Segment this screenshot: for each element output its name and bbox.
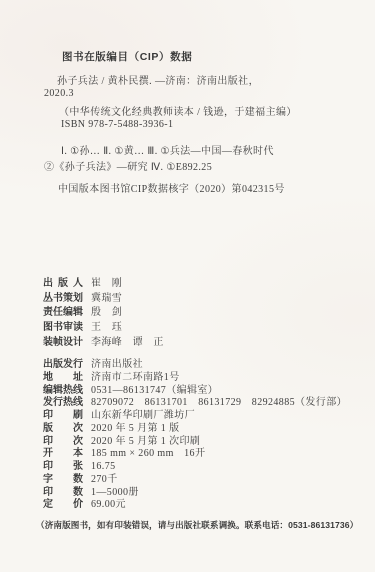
pub-row-address: 地址 济南市二环南路1号	[43, 368, 347, 381]
staff-label: 责任编辑	[43, 303, 83, 318]
staff-value: 殷 剑	[91, 303, 122, 318]
cip-classification-line1: Ⅰ. ①孙… Ⅱ. ①黄… Ⅲ. ①兵法—中国—春秋时代	[61, 142, 274, 157]
cip-classification-line2: ②《孙子兵法》—研究 Ⅳ. ①E892.25	[44, 158, 212, 173]
pub-row-impression: 印次 2020 年 5 月第 1 次印刷	[43, 432, 347, 445]
staff-credits: 出版人 崔 刚 丛书策划 冀瑞雪 责任编辑 殷 剑 图书审读 王 珏 装帧设计 …	[43, 274, 164, 347]
cip-isbn: ISBN 978-7-5488-3936-1	[61, 119, 173, 130]
pub-value: 69.00元	[91, 495, 126, 510]
pub-row-print-run: 印数 1—5000册	[43, 483, 347, 496]
pub-label: 定价	[43, 495, 83, 510]
staff-row-editor: 责任编辑 殷 剑	[43, 303, 164, 318]
pub-row-distribution-hotline: 发行热线 82709072 86131701 86131729 82924885…	[43, 393, 347, 406]
pub-row-edition: 版次 2020 年 5 月第 1 版	[43, 419, 347, 432]
pub-row-price: 定价 69.00元	[43, 495, 347, 508]
staff-label: 丛书策划	[43, 289, 83, 304]
pub-row-editorial-hotline: 编辑热线 0531—86131747（编辑室）	[43, 381, 347, 394]
staff-label: 出版人	[43, 274, 83, 289]
misprint-exchange-note: （济南版图书，如有印装错误，请与出版社联系调换。联系电话：0531-861317…	[36, 519, 358, 531]
staff-value: 王 珏	[91, 318, 122, 333]
cip-title: 图书在版编目（CIP）数据	[62, 49, 192, 64]
pub-row-word-count: 字数 270千	[43, 470, 347, 483]
pub-row-format: 开本 185 mm × 260 mm 16开	[43, 444, 347, 457]
copyright-page: 图书在版编目（CIP）数据 孙子兵法 / 黄朴民撰. —济南：济南出版社， 20…	[0, 0, 375, 572]
cip-series-note: （中华传统文化经典教师读本 / 钱逊，于建福主编）	[59, 103, 297, 118]
staff-row-series-planner: 丛书策划 冀瑞雪	[43, 289, 164, 304]
pub-row-publisher: 出版发行 济南出版社	[43, 355, 347, 368]
cip-record-number: 中国版本图书馆CIP数据核字（2020）第042315号	[58, 180, 285, 195]
staff-label: 装帧设计	[43, 333, 83, 348]
cip-statement-line2: 2020.3	[44, 88, 74, 99]
pub-value: 185 mm × 260 mm 16开	[91, 444, 205, 459]
cip-statement-line1: 孙子兵法 / 黄朴民撰. —济南：济南出版社，	[57, 72, 259, 87]
publication-details: 出版发行 济南出版社 地址 济南市二环南路1号 编辑热线 0531—861317…	[43, 355, 347, 508]
staff-value: 冀瑞雪	[91, 289, 122, 304]
staff-row-publisher: 出版人 崔 刚	[43, 274, 164, 289]
staff-value: 崔 刚	[91, 274, 122, 289]
staff-row-designer: 装帧设计 李海峰 谭 正	[43, 333, 164, 348]
staff-label: 图书审读	[43, 318, 83, 333]
staff-value: 李海峰 谭 正	[91, 333, 164, 348]
staff-row-reviewer: 图书审读 王 珏	[43, 318, 164, 333]
